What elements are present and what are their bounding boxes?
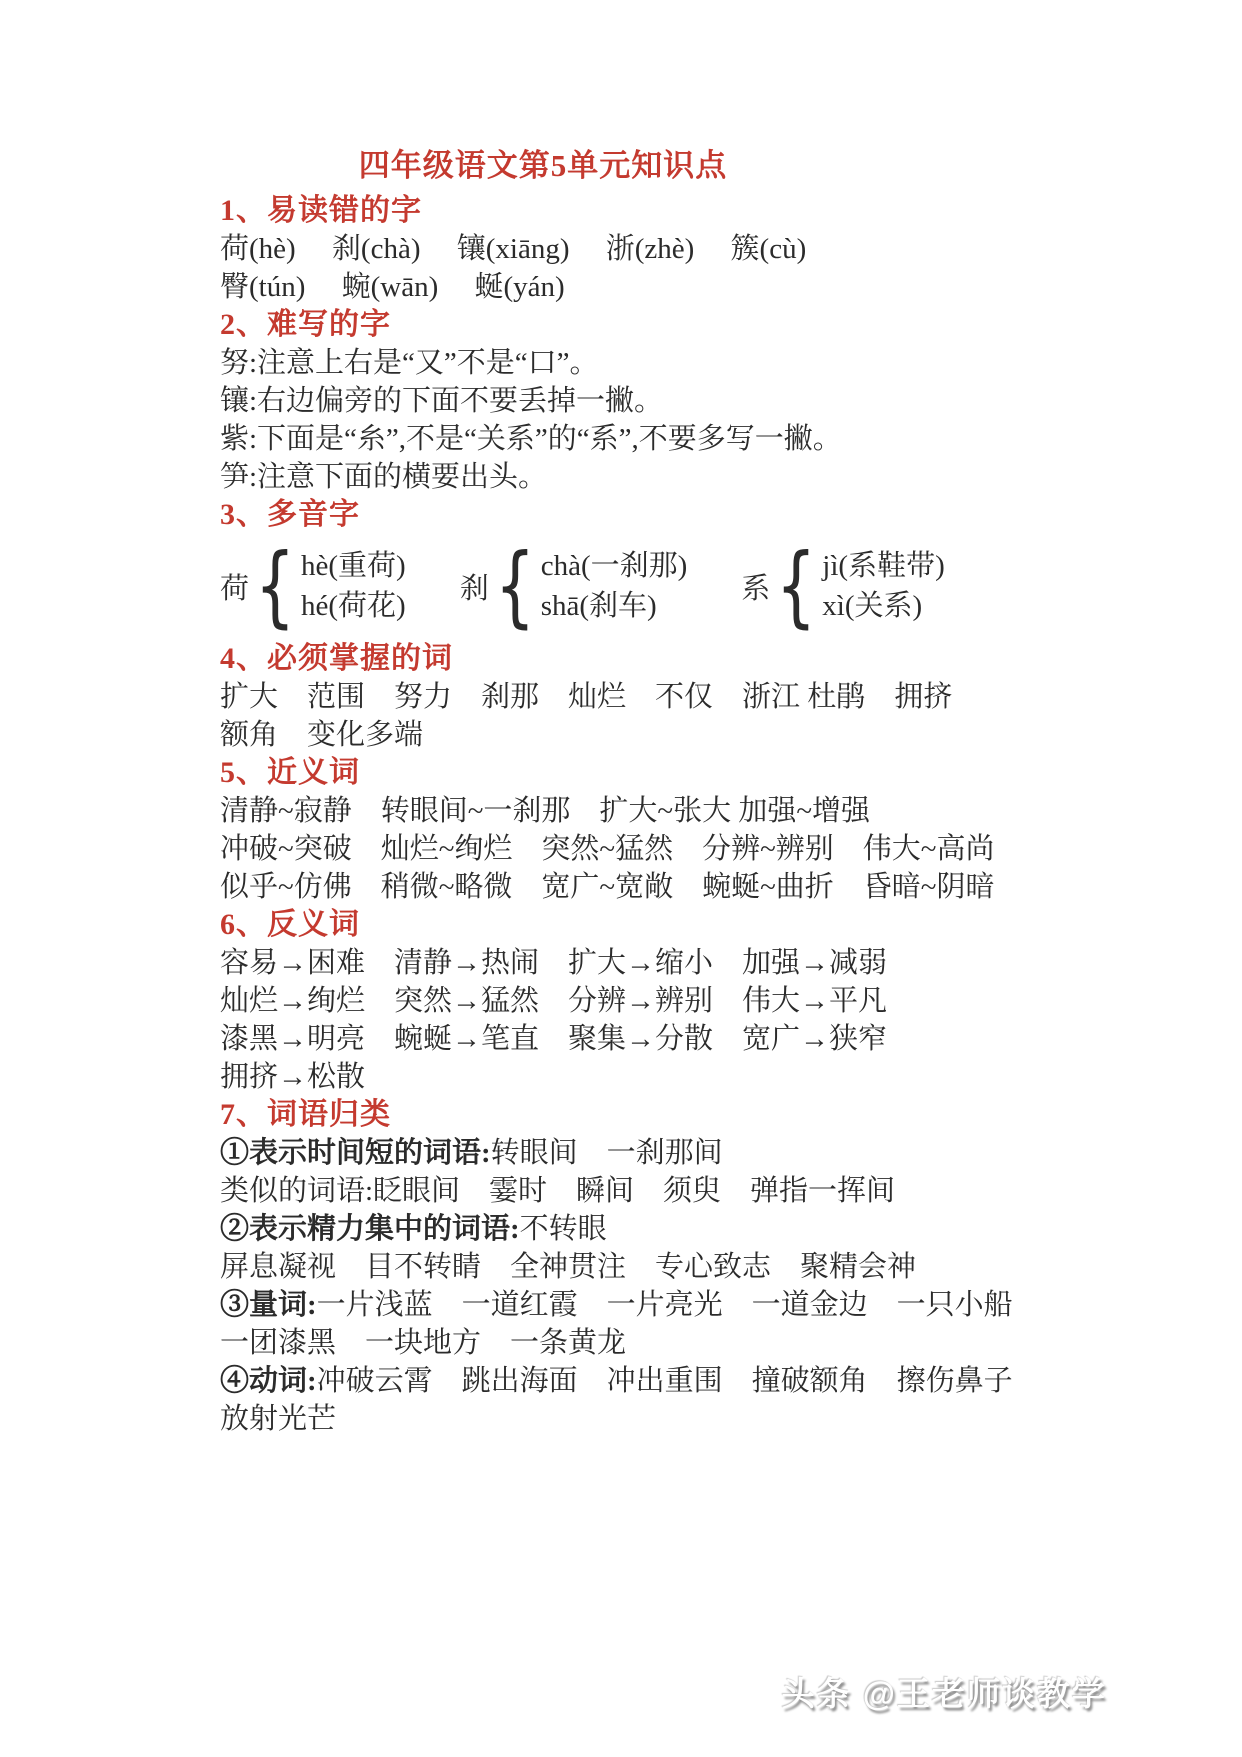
section-7-line: ④动词:冲破云霄 跳出海面 冲出重围 撞破额角 擦伤鼻子 xyxy=(220,1362,1050,1400)
category-label: ②表示精力集中的词语: xyxy=(220,1213,520,1245)
polyphone-char: 系 xyxy=(741,566,770,607)
section-2-line: 紫:下面是“糸”,不是“关系”的“系”,不要多写一撇。 xyxy=(220,420,1050,458)
section-2-line: 笋:注意下面的横要出头。 xyxy=(220,458,1050,496)
polyphone-reading: hè(重荷) xyxy=(301,550,406,582)
polyphone-row: 荷 { hè(重荷) hé(荷花) 刹 { chà(一刹那) shā(刹车) 系… xyxy=(220,536,1050,636)
section-1-line: 荷(hè) 刹(chà) 镶(xiāng) 浙(zhè) 簇(cù) xyxy=(220,230,1050,268)
section-6-heading: 6、反义词 xyxy=(220,906,1050,944)
section-2-line: 努:注意上右是“又”不是“口”。 xyxy=(220,344,1050,382)
section-7-line: 一团漆黑 一块地方 一条黄龙 xyxy=(220,1324,1050,1362)
polyphone-group: 刹 { chà(一刹那) shā(刹车) xyxy=(460,538,688,634)
brace-glyph: { xyxy=(255,538,295,634)
category-words: 转眼间 一刹那间 xyxy=(491,1137,723,1169)
polyphone-char: 刹 xyxy=(460,566,489,607)
section-7-line: 屏息凝视 目不转睛 全神贯注 专心致志 聚精会神 xyxy=(220,1248,1050,1286)
section-6-line: 漆黑→明亮 蜿蜒→笔直 聚集→分散 宽广→狭窄 xyxy=(220,1020,1050,1058)
section-7-line: 类似的词语:眨眼间 霎时 瞬间 须臾 弹指一挥间 xyxy=(220,1172,1050,1210)
section-2-line: 镶:右边偏旁的下面不要丢掉一撇。 xyxy=(220,382,1050,420)
section-6-line: 容易→困难 清静→热闹 扩大→缩小 加强→减弱 xyxy=(220,944,1050,982)
section-4-heading: 4、必须掌握的词 xyxy=(220,640,1050,678)
polyphone-reading: jì(系鞋带) xyxy=(822,550,944,582)
brace-glyph: { xyxy=(495,538,535,634)
polyphone-group: 系 { jì(系鞋带) xì(关系) xyxy=(741,538,944,634)
section-5-line: 似乎~仿佛 稍微~略微 宽广~宽敞 蜿蜒~曲折 昏暗~阴暗 xyxy=(220,868,1050,906)
polyphone-reading: xì(关系) xyxy=(822,590,944,622)
polyphone-group: 荷 { hè(重荷) hé(荷花) xyxy=(220,538,406,634)
section-5-heading: 5、近义词 xyxy=(220,754,1050,792)
polyphone-char: 荷 xyxy=(220,566,249,607)
section-7-heading: 7、词语归类 xyxy=(220,1096,1050,1134)
page-title: 四年级语文第5单元知识点 xyxy=(0,140,1164,185)
polyphone-reading: chà(一刹那) xyxy=(541,550,688,582)
section-5-line: 冲破~突破 灿烂~绚烂 突然~猛然 分辨~辨别 伟大~高尚 xyxy=(220,830,1050,868)
section-1-heading: 1、易读错的字 xyxy=(220,192,1050,230)
polyphone-forms: jì(系鞋带) xì(关系) xyxy=(822,550,944,622)
section-6-line: 拥挤→松散 xyxy=(220,1058,1050,1096)
polyphone-reading: hé(荷花) xyxy=(301,590,406,622)
section-4-line: 扩大 范围 努力 刹那 灿烂 不仅 浙江 杜鹃 拥挤 xyxy=(220,678,1050,716)
section-4-line: 额角 变化多端 xyxy=(220,716,1050,754)
section-3-heading: 3、多音字 xyxy=(220,496,1050,534)
category-label: ①表示时间短的词语: xyxy=(220,1137,491,1169)
toutiao-watermark: 头条 @王老师谈教学 xyxy=(782,1668,1107,1715)
section-2-heading: 2、难写的字 xyxy=(220,306,1050,344)
document-body: 1、易读错的字 荷(hè) 刹(chà) 镶(xiāng) 浙(zhè) 簇(c… xyxy=(220,192,1050,1438)
section-7-line: ①表示时间短的词语:转眼间 一刹那间 xyxy=(220,1134,1050,1172)
section-7-line: ②表示精力集中的词语:不转眼 xyxy=(220,1210,1050,1248)
polyphone-forms: chà(一刹那) shā(刹车) xyxy=(541,550,688,622)
section-7-line: ③量词:一片浅蓝 一道红霞 一片亮光 一道金边 一只小船 xyxy=(220,1286,1050,1324)
category-label: ③量词: xyxy=(220,1289,317,1321)
section-7-line: 放射光芒 xyxy=(220,1400,1050,1438)
category-words: 冲破云霄 跳出海面 冲出重围 撞破额角 擦伤鼻子 xyxy=(317,1365,1013,1397)
section-6-line: 灿烂→绚烂 突然→猛然 分辨→辨别 伟大→平凡 xyxy=(220,982,1050,1020)
brace-glyph: { xyxy=(776,538,816,634)
section-5-line: 清静~寂静 转眼间~一刹那 扩大~张大 加强~增强 xyxy=(220,792,1050,830)
category-words: 不转眼 xyxy=(520,1213,607,1245)
polyphone-reading: shā(刹车) xyxy=(541,590,688,622)
category-label: ④动词: xyxy=(220,1365,317,1397)
section-1-line: 臀(tún) 蜿(wān) 蜒(yán) xyxy=(220,268,1050,306)
document-page: 四年级语文第5单元知识点 1、易读错的字 荷(hè) 刹(chà) 镶(xiān… xyxy=(0,0,1242,1757)
polyphone-forms: hè(重荷) hé(荷花) xyxy=(301,550,406,622)
category-words: 一片浅蓝 一道红霞 一片亮光 一道金边 一只小船 xyxy=(317,1289,1013,1321)
